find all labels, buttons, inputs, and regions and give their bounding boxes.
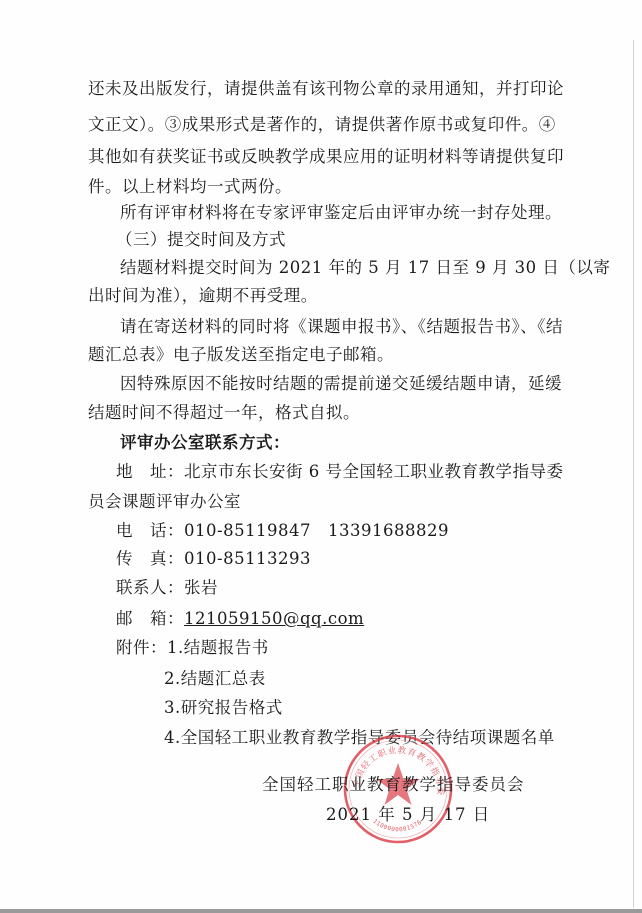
- email-label: 邮 箱：: [116, 609, 184, 628]
- contact-person-value: 张岩: [184, 578, 218, 597]
- signature-organization: 全国轻工职业教育教学指导委员会: [262, 774, 525, 796]
- attachment-item: 2.结题汇总表: [164, 668, 266, 690]
- email-link[interactable]: 121059150@qq.com: [184, 609, 364, 628]
- page-edge-bottom: [0, 909, 642, 913]
- paragraph-line: 结题时间不得超过一年，格式自拟。: [88, 402, 360, 424]
- paragraph-line: 题汇总表》电子版发送至指定电子邮箱。: [88, 344, 394, 366]
- signature-date: 2021 年 5 月 17 日: [326, 804, 490, 826]
- contact-person-row: 联系人：张岩: [116, 577, 218, 599]
- section-heading: （三）提交时间及方式: [116, 229, 286, 251]
- paragraph-line: 因特殊原因不能按时结题的需提前递交延缓结题申请，延缓: [120, 373, 562, 395]
- phone-label: 电 话：: [116, 521, 184, 540]
- document-page: 还未及出版发行，请提供盖有该刊物公章的录用通知，并打印论 文正文）。③成果形式是…: [0, 0, 642, 913]
- paragraph-line: 结题材料提交时间为 2021 年的 5 月 17 日至 9 月 30 日（以寄: [120, 257, 610, 279]
- address-row: 地 址：北京市东长安街 6 号全国轻工职业教育教学指导委: [116, 461, 564, 483]
- paragraph-line: 所有评审材料将在专家评审鉴定后由评审办统一封存处理。: [120, 202, 562, 224]
- paragraph-line: 件。以上材料均一式两份。: [88, 176, 292, 198]
- fax-value: 010-85113293: [184, 549, 311, 568]
- attachments-row: 附件：1.结题报告书: [116, 637, 269, 659]
- phone-value: 010-85119847 13391688829: [184, 521, 449, 540]
- email-row: 邮 箱：121059150@qq.com: [116, 608, 364, 630]
- attachments-label: 附件：: [116, 638, 167, 657]
- attachment-item: 3.研究报告格式: [164, 697, 283, 719]
- paragraph-line: 请在寄送材料的同时将《课题申报书》、《结题报告书》、《结: [120, 316, 563, 338]
- phone-row: 电 话：010-85119847 13391688829: [116, 520, 449, 542]
- paragraph-line: 其他如有获奖证书或反映教学成果应用的证明材料等请提供复印: [88, 146, 564, 168]
- address-continuation: 员会课题评审办公室: [88, 491, 241, 513]
- attachment-item: 1.结题报告书: [167, 638, 269, 657]
- contact-person-label: 联系人：: [116, 578, 184, 597]
- paragraph-line: 文正文）。③成果形式是著作的，请提供著作原书或复印件。④: [88, 114, 556, 136]
- fax-label: 传 真：: [116, 549, 184, 568]
- paragraph-line: 还未及出版发行，请提供盖有该刊物公章的录用通知，并打印论: [88, 78, 564, 100]
- fax-row: 传 真：010-85113293: [116, 548, 311, 570]
- address-label: 地 址：: [116, 462, 184, 481]
- paragraph-line: 出时间为准），逾期不再受理。: [88, 285, 318, 307]
- address-value: 北京市东长安街 6 号全国轻工职业教育教学指导委: [184, 462, 564, 481]
- page-edge-right: [633, 40, 634, 908]
- contact-heading: 评审办公室联系方式：: [120, 432, 290, 454]
